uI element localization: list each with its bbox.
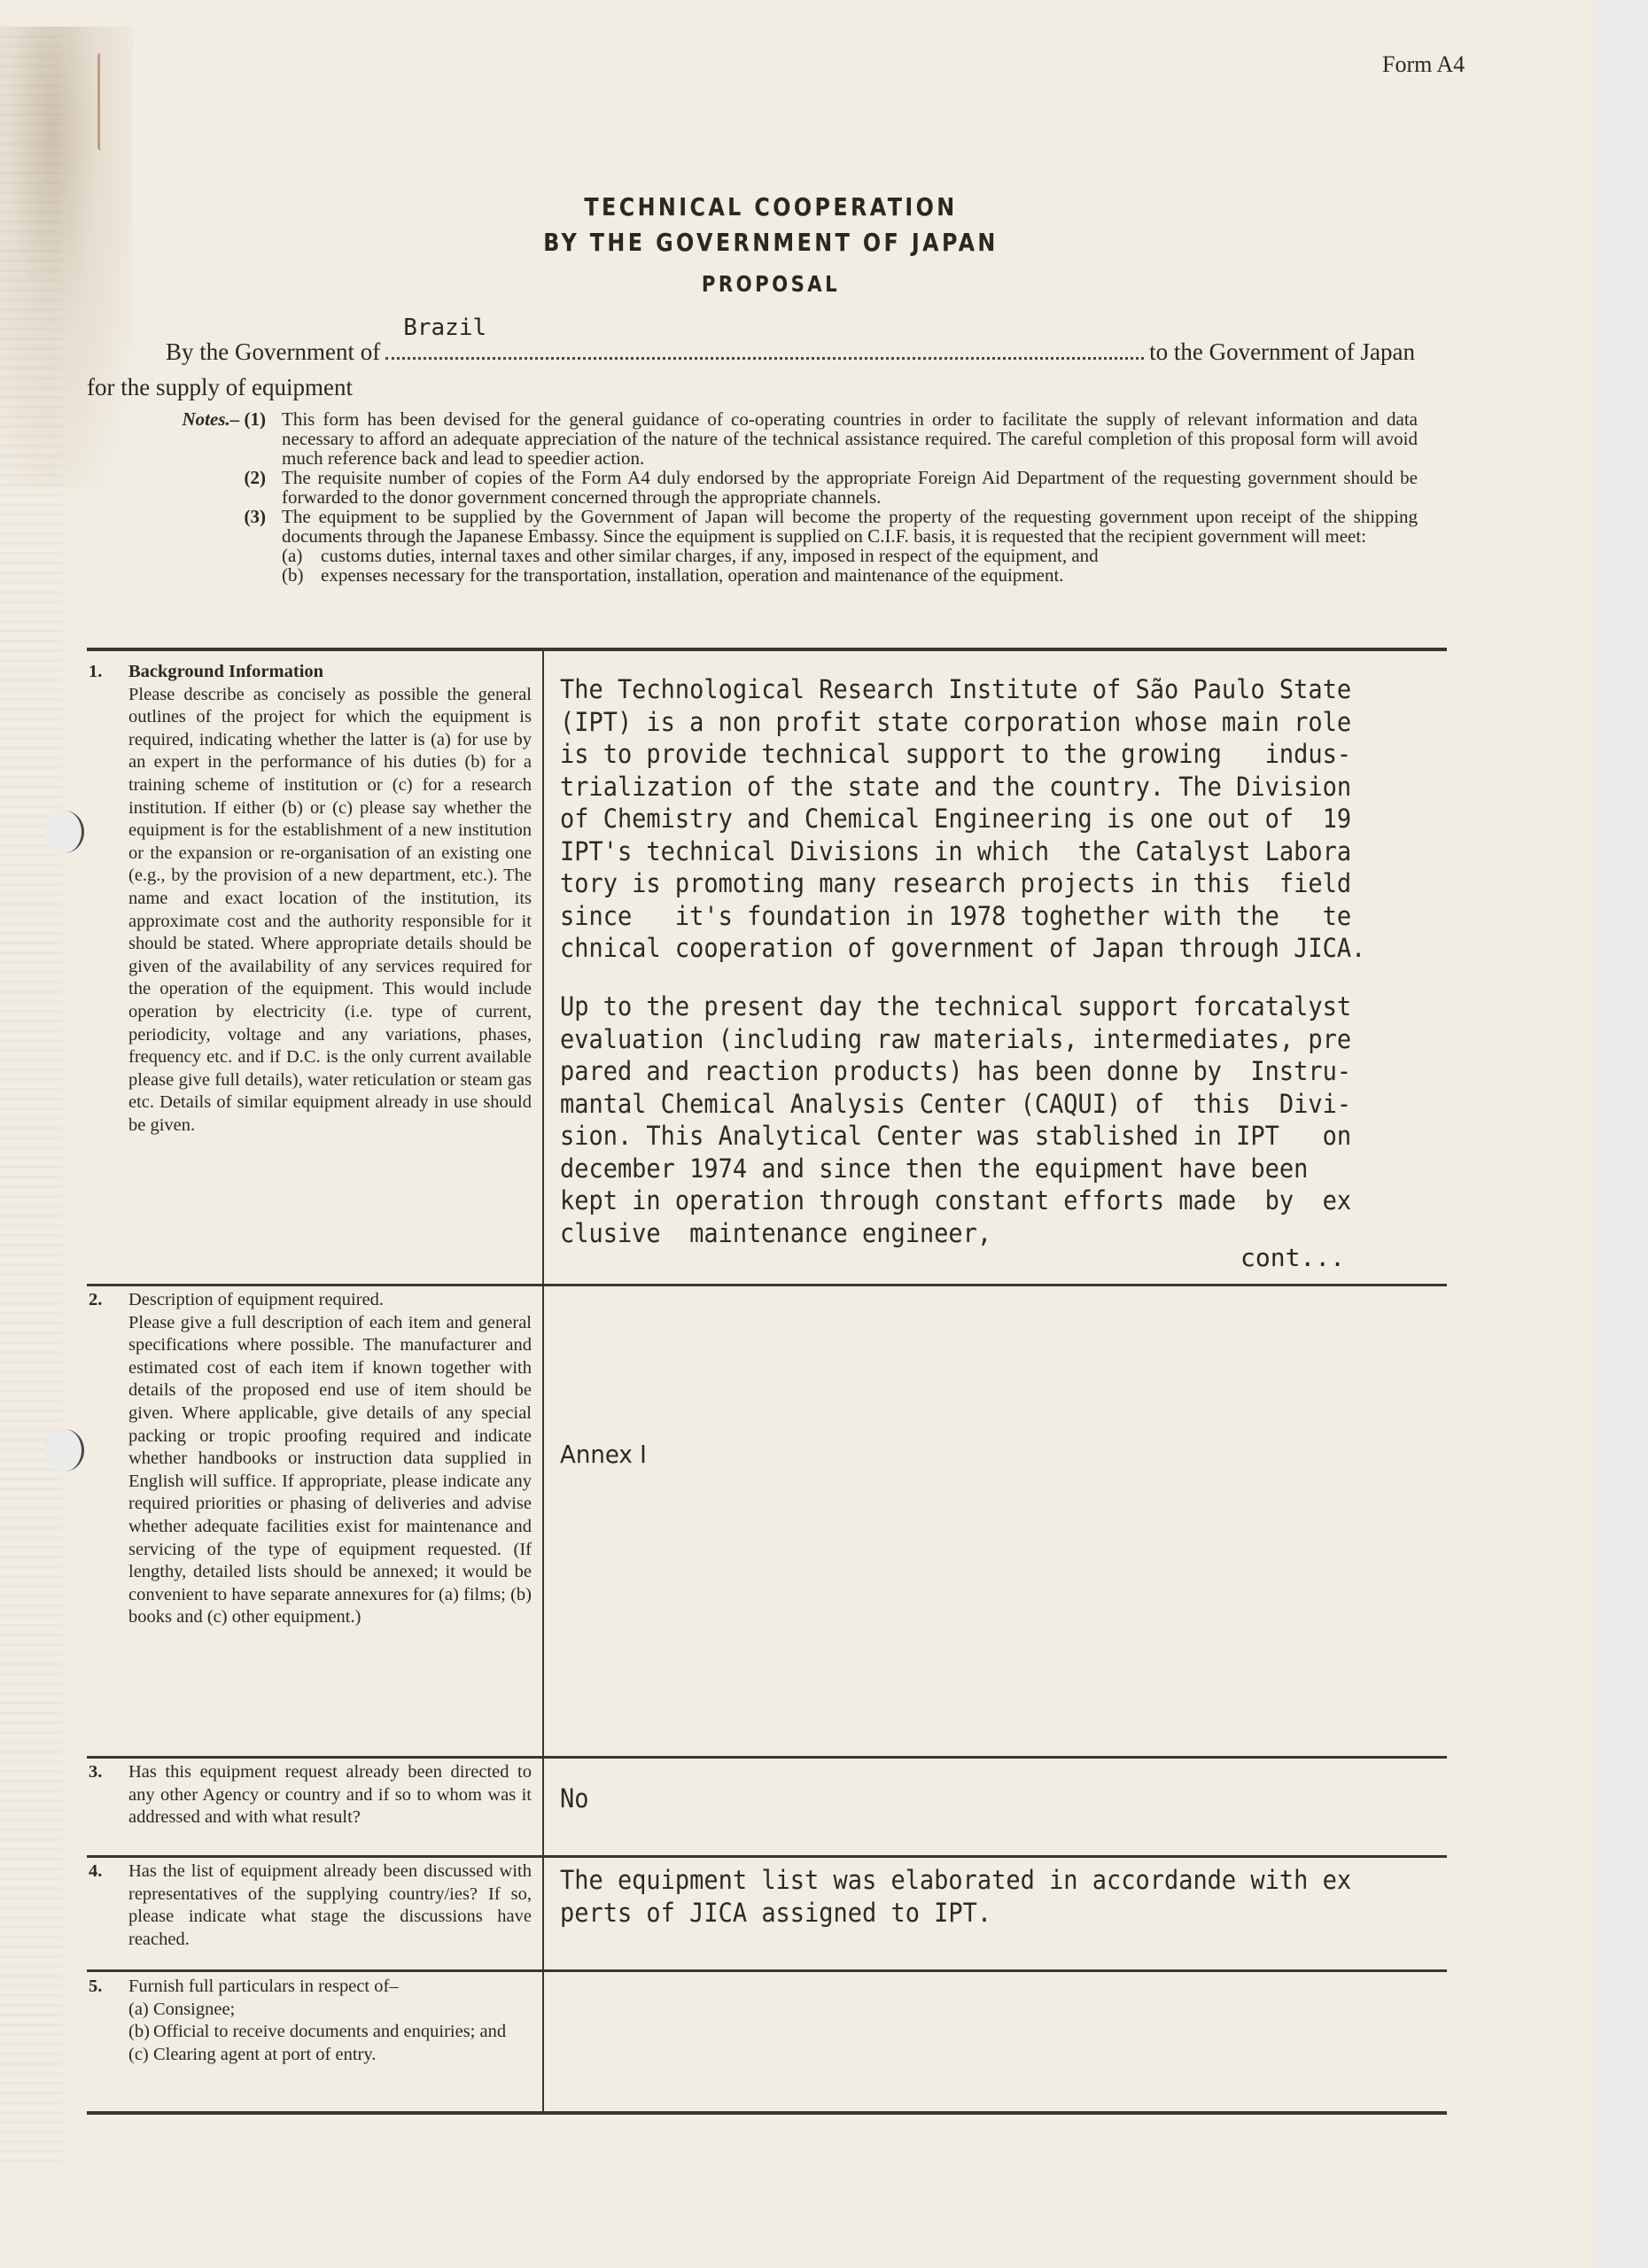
note-item: (3) The equipment to be supplied by the … [124,507,1418,585]
note-number: (3) [124,507,282,585]
section-number: 2. [89,1289,102,1312]
sub-text: expenses necessary for the transportatio… [321,565,1064,585]
form-page: Form A4 TECHNICAL COOPERATION BY THE GOV… [0,0,1593,2268]
sub-text: Official to receive documents and enquir… [153,2022,506,2041]
note-item: (2) The requisite number of copies of th… [124,468,1418,507]
row-divider [87,1756,1447,1759]
section-heading: Background Information [128,661,532,684]
note-sub-item: (b) expenses necessary for the transport… [282,565,1418,585]
section-4-answer[interactable]: The equipment list was elaborated in acc… [560,1864,1409,1929]
staple-mark [97,53,109,151]
sub-text: customs duties, internal taxes and other… [321,546,1099,565]
note-text: The requisite number of copies of the Fo… [282,468,1418,507]
sub-item: (b)Official to receive documents and enq… [128,2021,532,2044]
sub-text: Clearing agent at port of entry. [153,2045,376,2064]
table-top-rule [87,648,1447,651]
note-number: (1) [245,408,267,430]
section-heading: Description of equipment required. [128,1289,532,1312]
note-item: Notes.– (1) This form has been devised f… [124,409,1418,468]
note-text: This form has been devised for the gener… [282,409,1418,468]
sub-number: (b) [128,2021,153,2044]
column-divider [542,649,544,2115]
sub-number: (a) [128,1999,153,2022]
table-bottom-rule [87,2111,1447,2115]
section-question-text: Please give a full description of each i… [128,1312,532,1629]
scan-noise [0,35,62,2162]
section-question-text: Has this equipment request already been … [128,1761,532,1829]
title-line-3: PROPOSAL [116,271,1426,297]
title-line-1: TECHNICAL COOPERATION [116,192,1426,221]
to-government-label: to the Government of Japan [1149,338,1415,366]
form-id: Form A4 [1382,51,1465,78]
sub-text: Consignee; [153,2000,235,2019]
section-5-answer[interactable] [560,1980,1409,2104]
section-number: 1. [89,661,102,684]
government-line: By the Government of Brazil to the Gover… [166,338,1415,366]
section-number: 3. [89,1761,102,1784]
government-field[interactable]: Brazil [385,339,1144,360]
section-4-question: 4. Has the list of equipment already bee… [89,1860,532,1951]
section-number: 4. [89,1860,102,1884]
section-2-question: 2. Description of equipment required. Pl… [89,1289,532,1629]
section-2-answer[interactable]: Annex I [560,1439,1409,1472]
row-divider [87,1969,1447,1972]
sub-item: (c)Clearing agent at port of entry. [128,2044,532,2067]
note-number: (2) [124,468,282,507]
note-sub-item: (a) customs duties, internal taxes and o… [282,546,1418,565]
supply-label: for the supply of equipment [87,374,353,401]
row-divider [87,1855,1447,1858]
section-5-question: 5. Furnish full particulars in respect o… [89,1976,532,2066]
note-text: The equipment to be supplied by the Gove… [282,507,1418,546]
notes-label: Notes.– [183,408,240,430]
section-1-answer-p2[interactable]: Up to the present day the technical supp… [560,990,1409,1249]
section-number: 5. [89,1976,102,1999]
section-3-answer[interactable]: No [560,1783,1409,1815]
notes-block: Notes.– (1) This form has been devised f… [124,409,1418,585]
section-1-answer-p1[interactable]: The Technological Research Institute of … [560,673,1409,965]
row-divider [87,1284,1447,1286]
sub-number: (a) [282,546,321,565]
by-government-label: By the Government of [166,338,380,366]
sub-number: (c) [128,2044,153,2067]
section-3-question: 3. Has this equipment request already be… [89,1761,532,1829]
punch-hole [44,1429,84,1472]
section-1-question: 1. Background Information Please describ… [89,661,532,1137]
sub-item: (a)Consignee; [128,1999,532,2022]
section-question-text: Furnish full particulars in respect of– [128,1976,532,1999]
punch-hole [44,811,84,853]
continued-note: cont... [1240,1243,1345,1272]
title-line-2: BY THE GOVERNMENT OF JAPAN [116,228,1426,257]
sub-number: (b) [282,565,321,585]
government-value: Brazil [403,315,486,341]
section-question-text: Has the list of equipment already been d… [128,1860,532,1951]
section-question-text: Please describe as concisely as possible… [128,684,532,1138]
